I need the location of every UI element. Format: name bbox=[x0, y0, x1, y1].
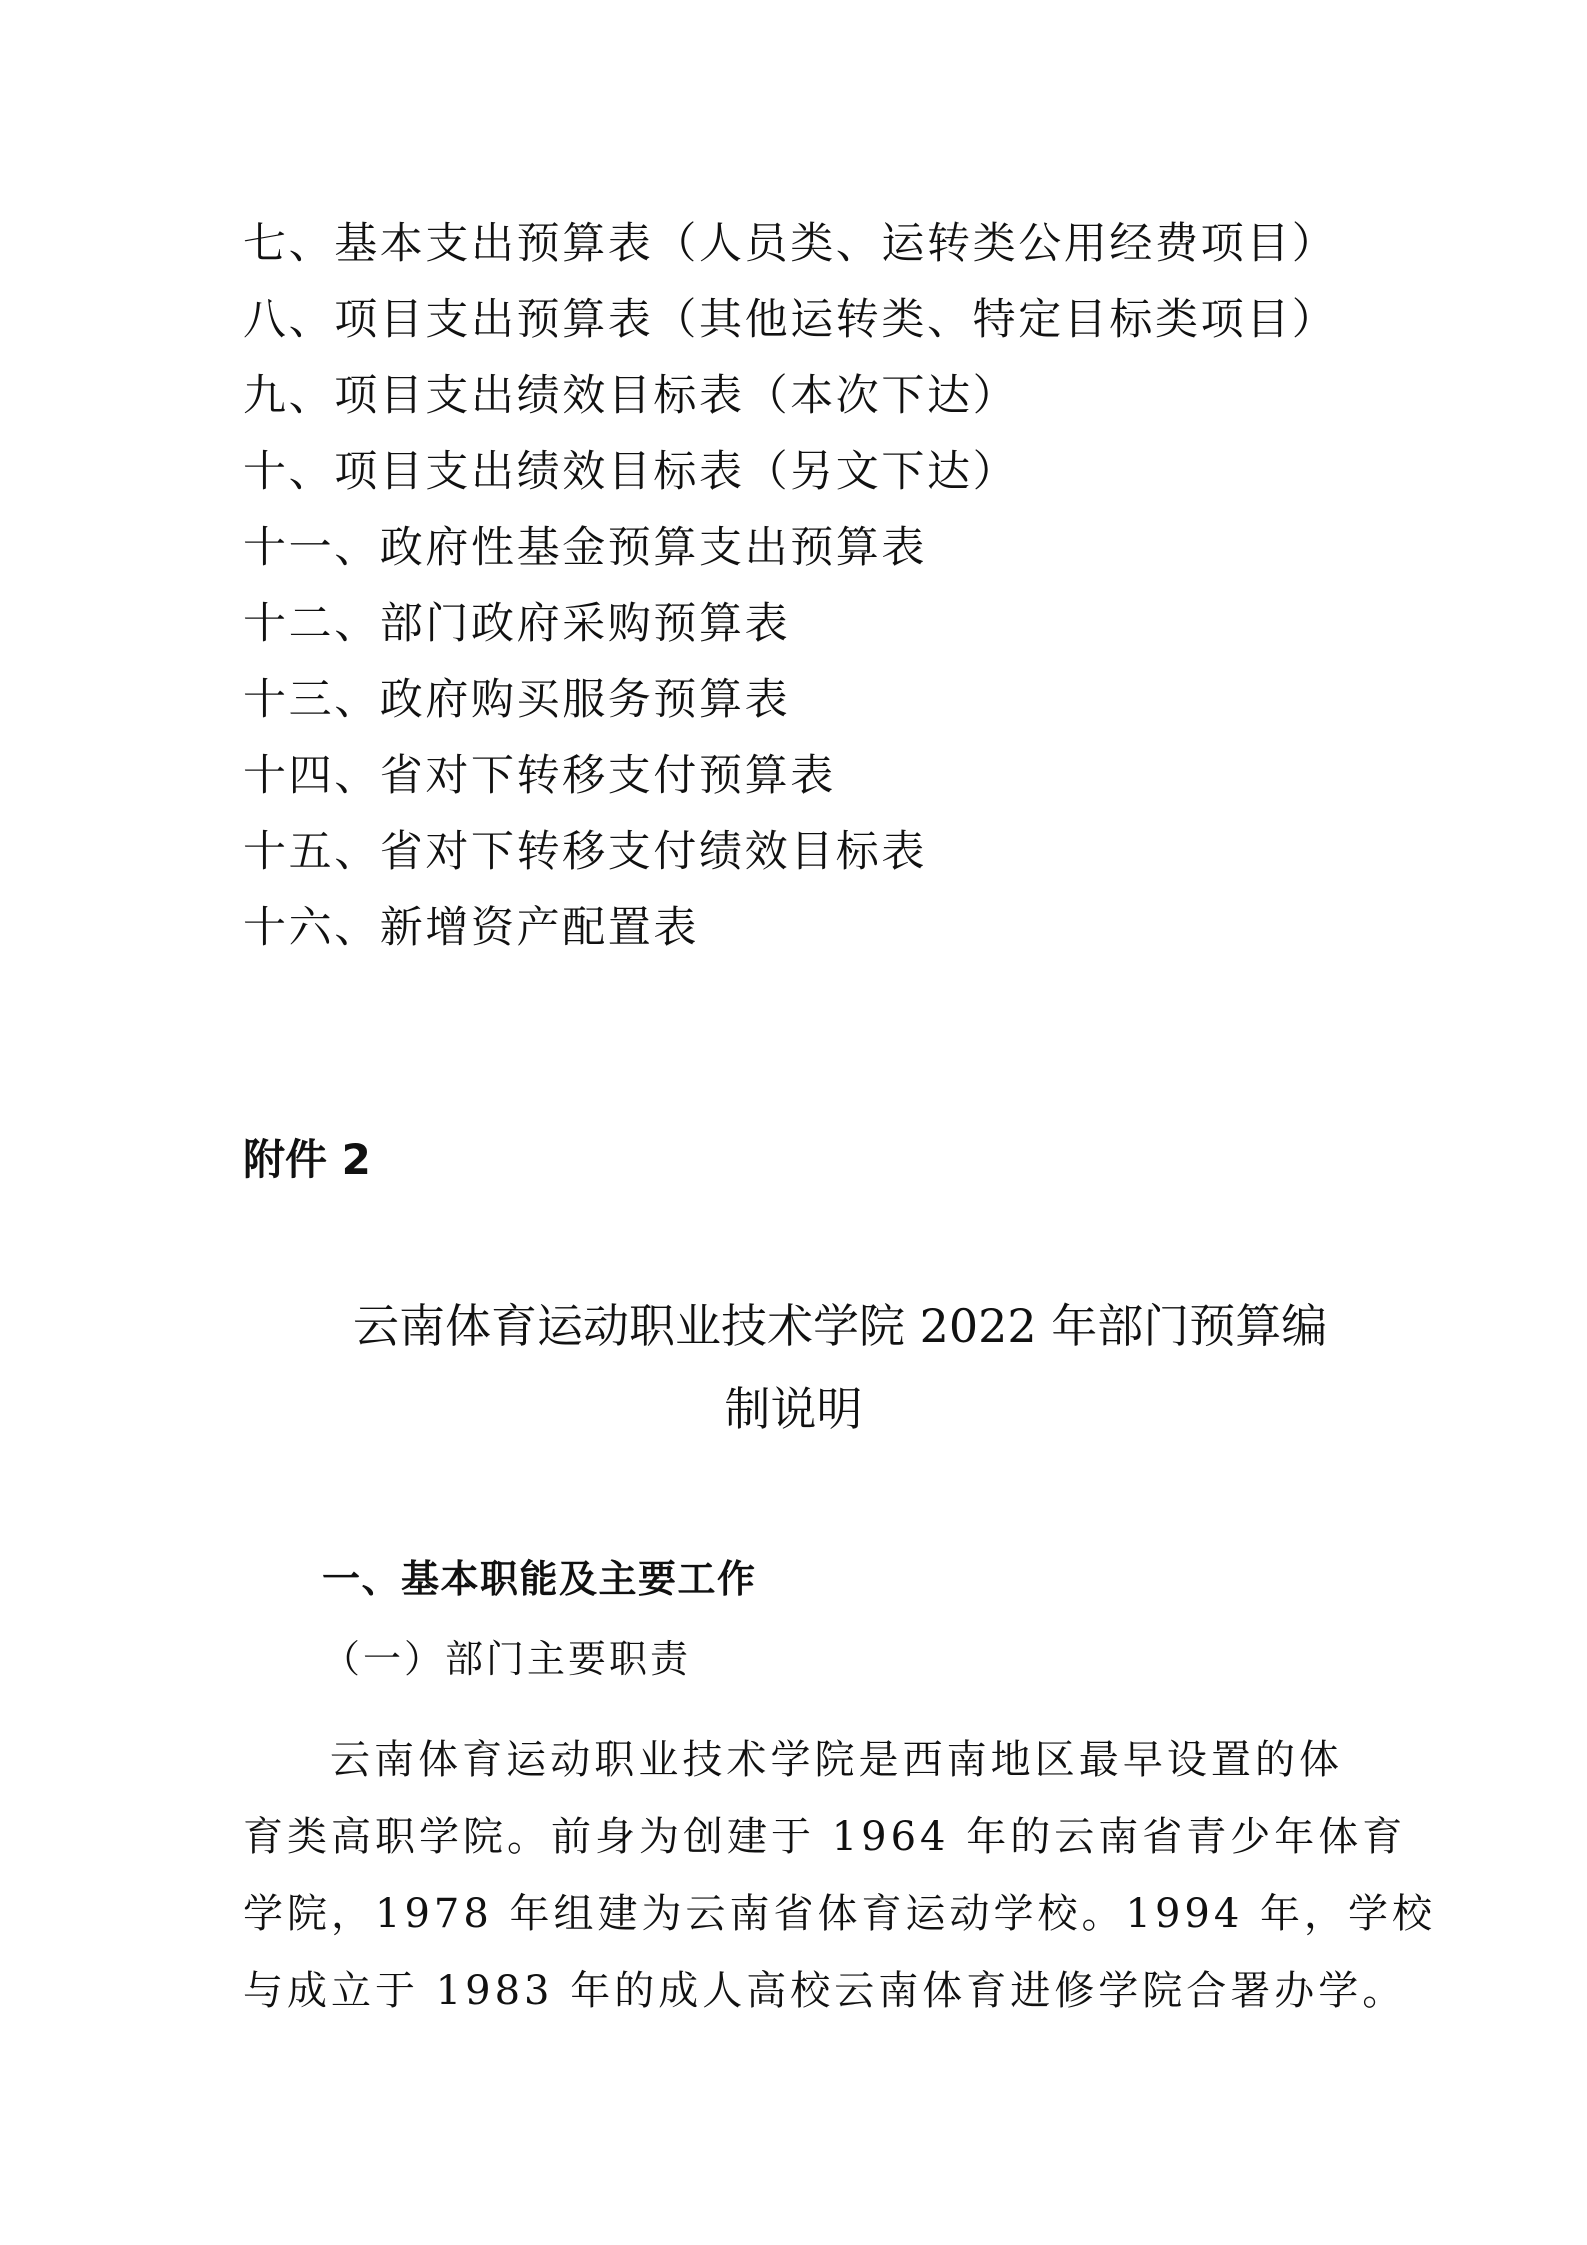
budget-table-list: 七、基本支出预算表（人员类、运转类公用经费项目） 八、项目支出预算表（其他运转类… bbox=[243, 206, 1337, 966]
paragraph-line: 云南体育运动职业技术学院是西南地区最早设置的体 bbox=[243, 1722, 1343, 1799]
list-item: 七、基本支出预算表（人员类、运转类公用经费项目） bbox=[243, 206, 1337, 282]
document-page: 七、基本支出预算表（人员类、运转类公用经费项目） 八、项目支出预算表（其他运转类… bbox=[0, 0, 1587, 2245]
document-title-line-2: 制说明 bbox=[0, 1379, 1587, 1439]
paragraph-line: 与成立于 1983 年的成人高校云南体育进修学院合署办学。 bbox=[243, 1953, 1343, 2030]
section-heading: 一、基本职能及主要工作 bbox=[322, 1552, 757, 1606]
subsection-heading: （一）部门主要职责 bbox=[322, 1632, 691, 1686]
list-item: 十三、政府购买服务预算表 bbox=[243, 662, 1337, 738]
list-item: 十四、省对下转移支付预算表 bbox=[243, 738, 1337, 814]
list-item: 十六、新增资产配置表 bbox=[243, 890, 1337, 966]
list-item: 九、项目支出绩效目标表（本次下达） bbox=[243, 358, 1337, 434]
attachment-label: 附件 2 bbox=[243, 1132, 371, 1188]
list-item: 十二、部门政府采购预算表 bbox=[243, 586, 1337, 662]
paragraph-line: 学院，1978 年组建为云南省体育运动学校。1994 年，学校 bbox=[243, 1876, 1343, 1953]
document-title-line-1: 云南体育运动职业技术学院 2022 年部门预算编 bbox=[353, 1296, 1327, 1356]
list-item: 八、项目支出预算表（其他运转类、特定目标类项目） bbox=[243, 282, 1337, 358]
list-item: 十、项目支出绩效目标表（另文下达） bbox=[243, 434, 1337, 510]
list-item: 十一、政府性基金预算支出预算表 bbox=[243, 510, 1337, 586]
list-item: 十五、省对下转移支付绩效目标表 bbox=[243, 814, 1337, 890]
paragraph-line: 育类高职学院。前身为创建于 1964 年的云南省青少年体育 bbox=[243, 1799, 1343, 1876]
body-paragraph: 云南体育运动职业技术学院是西南地区最早设置的体 育类高职学院。前身为创建于 19… bbox=[243, 1722, 1343, 2030]
